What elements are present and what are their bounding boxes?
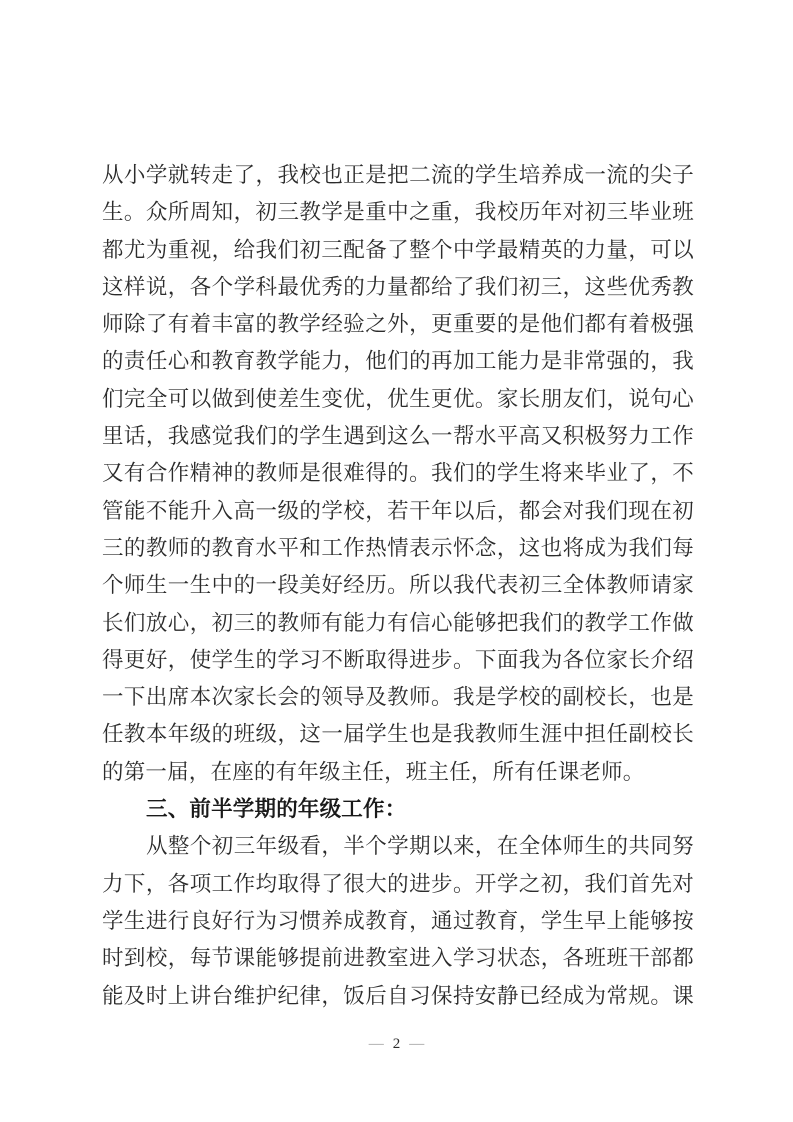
text-line: 三的教师的教育水平和工作热情表示怀念，这也将成为我们每 [102, 530, 694, 567]
text-line: 们完全可以做到使差生变优，优生更优。家长朋友们，说句心 [102, 381, 694, 418]
text-line: 个师生一生中的一段美好经历。所以我代表初三全体教师请家 [102, 567, 694, 604]
text-line: 从整个初三年级看，半个学期以来，在全体师生的共同努 [102, 828, 694, 865]
footer-left-dash: — [369, 1036, 384, 1052]
text-line: 从小学就转走了，我校也正是把二流的学生培养成一流的尖子 [102, 157, 694, 194]
text-line: 师除了有着丰富的教学经验之外，更重要的是他们都有着极强 [102, 306, 694, 343]
section-heading: 三、前半学期的年级工作： [102, 791, 694, 828]
footer-right-dash: — [409, 1036, 424, 1052]
text-line: 长们放心，初三的教师有能力有信心能够把我们的教学工作做 [102, 605, 694, 642]
text-line: 这样说，各个学科最优秀的力量都给了我们初三，这些优秀教 [102, 269, 694, 306]
text-line: 任教本年级的班级，这一届学生也是我教师生涯中担任副校长 [102, 716, 694, 753]
text-line: 的责任心和教育教学能力，他们的再加工能力是非常强的，我 [102, 343, 694, 380]
text-line: 管能不能升入高一级的学校，若干年以后，都会对我们现在初 [102, 493, 694, 530]
document-body: 从小学就转走了，我校也正是把二流的学生培养成一流的尖子生。众所周知，初三教学是重… [102, 157, 694, 1015]
document-page: 从小学就转走了，我校也正是把二流的学生培养成一流的尖子生。众所周知，初三教学是重… [0, 0, 793, 1122]
text-line: 学生进行良好行为习惯养成教育，通过教育，学生早上能够按 [102, 903, 694, 940]
text-line: 里话，我感觉我们的学生遇到这么一帮水平高又积极努力工作 [102, 418, 694, 455]
text-line: 力下，各项工作均取得了很大的进步。开学之初，我们首先对 [102, 866, 694, 903]
text-line: 生。众所周知，初三教学是重中之重，我校历年对初三毕业班 [102, 194, 694, 231]
text-line: 时到校，每节课能够提前进教室进入学习状态，各班班干部都 [102, 940, 694, 977]
text-line: 的第一届，在座的有年级主任，班主任，所有任课老师。 [102, 754, 694, 791]
page-footer: —2— [0, 1033, 793, 1055]
text-line: 又有合作精神的教师是很难得的。我们的学生将来毕业了，不 [102, 455, 694, 492]
text-line: 能及时上讲台维护纪律，饭后自习保持安静已经成为常规。课 [102, 978, 694, 1015]
text-line: 都尤为重视，给我们初三配备了整个中学最精英的力量，可以 [102, 232, 694, 269]
paragraph-continuation: 从小学就转走了，我校也正是把二流的学生培养成一流的尖子生。众所周知，初三教学是重… [102, 157, 694, 791]
text-line: 一下出席本次家长会的领导及教师。我是学校的副校长，也是 [102, 679, 694, 716]
page-number: 2 [393, 1036, 401, 1052]
text-line: 得更好，使学生的学习不断取得进步。下面我为各位家长介绍 [102, 642, 694, 679]
paragraph-body: 从整个初三年级看，半个学期以来，在全体师生的共同努力下，各项工作均取得了很大的进… [102, 828, 694, 1014]
section-heading-text: 三、前半学期的年级工作： [102, 791, 694, 828]
